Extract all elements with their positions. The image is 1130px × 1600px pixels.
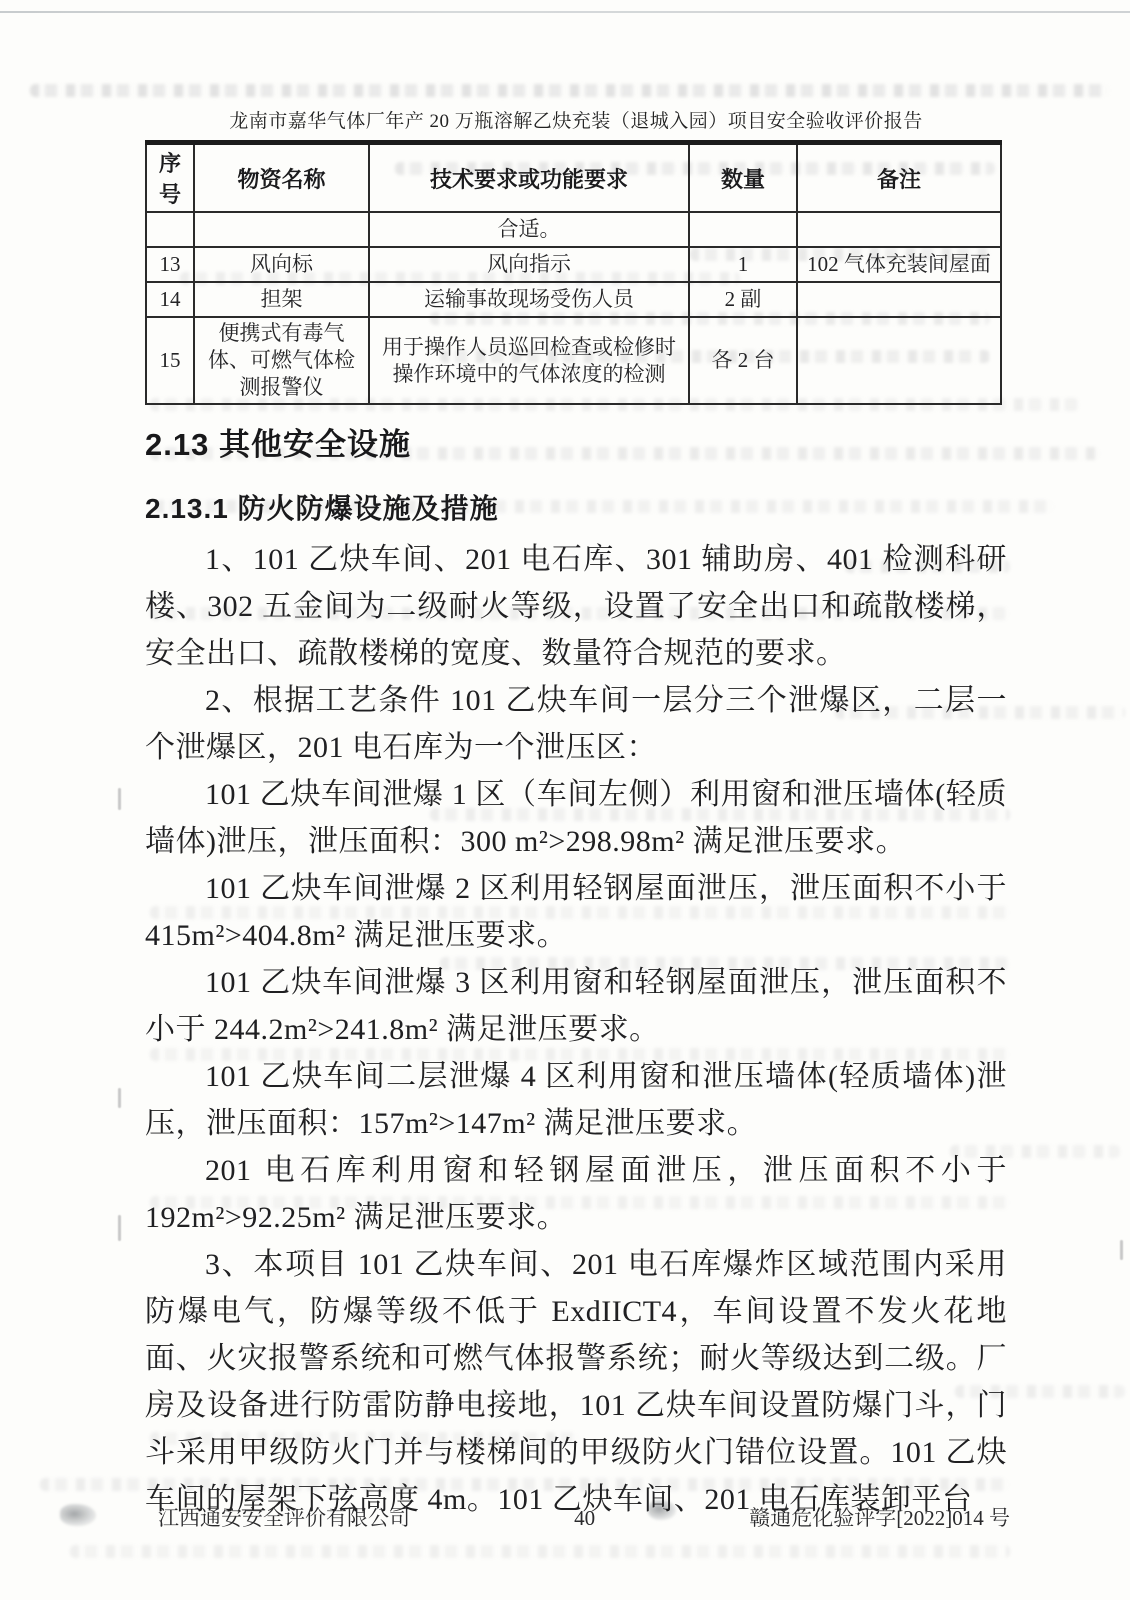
scan-artifact <box>1120 1240 1123 1260</box>
paragraph: 1、101 乙炔车间、201 电石库、301 辅助房、401 检测科研楼、302… <box>145 536 1007 677</box>
table-cell <box>194 212 369 247</box>
paragraph: 101 乙炔车间泄爆 1 区（车间左侧）利用窗和泄压墙体(轻质墙体)泄压，泄压面… <box>145 771 1007 865</box>
table-cell: 各 2 台 <box>689 317 797 404</box>
table-row: 13 风向标 风向指示 1 102 气体充装间屋面 <box>146 247 1001 282</box>
table-cell: 合适。 <box>369 212 689 247</box>
document-page: 龙南市嘉华气体厂年产 20 万瓶溶解乙炔充装（退城入园）项目安全验收评价报告 序… <box>0 0 1130 1600</box>
table-cell: 15 <box>146 317 194 404</box>
report-header-title: 龙南市嘉华气体厂年产 20 万瓶溶解乙炔充装（退城入园）项目安全验收评价报告 <box>145 106 1007 133</box>
materials-table: 序号 物资名称 技术要求或功能要求 数量 备注 合适。 13 风向标 <box>145 140 1002 405</box>
table-row: 合适。 <box>146 212 1001 247</box>
paragraph: 101 乙炔车间泄爆 2 区利用轻钢屋面泄压，泄压面积不小于 415m²>404… <box>145 865 1007 959</box>
subsection-heading: 2.13.1 防火防爆设施及措施 <box>145 487 1007 527</box>
table-cell: 102 气体充装间屋面 <box>797 247 1001 282</box>
table-cell: 13 <box>146 247 194 282</box>
page-footer: 江西通安安全评价有限公司 40 赣通危化验评字[2022]014 号 <box>158 1502 1010 1532</box>
table-cell: 1 <box>689 247 797 282</box>
scan-artifact <box>60 1504 96 1526</box>
table-header-cell: 备注 <box>797 143 1001 213</box>
table-cell: 运输事故现场受伤人员 <box>369 282 689 317</box>
table-row: 15 便携式有毒气体、可燃气体检测报警仪 用于操作人员巡回检查或检修时操作环境中… <box>146 317 1001 404</box>
scan-artifact <box>30 84 1110 97</box>
table-cell <box>689 212 797 247</box>
scan-artifact <box>118 788 121 810</box>
scan-artifact <box>118 1215 121 1241</box>
scan-artifact <box>0 11 1130 13</box>
document-body: 龙南市嘉华气体厂年产 20 万瓶溶解乙炔充装（退城入园）项目安全验收评价报告 序… <box>145 106 1007 1523</box>
table-header-cell: 数量 <box>689 143 797 213</box>
table-cell: 风向指示 <box>369 247 689 282</box>
table-cell: 风向标 <box>194 247 369 282</box>
scan-artifact <box>118 1088 121 1108</box>
paragraph: 2、根据工艺条件 101 乙炔车间一层分三个泄爆区，二层一个泄爆区，201 电石… <box>145 677 1007 771</box>
table-header-row: 序号 物资名称 技术要求或功能要求 数量 备注 <box>146 143 1001 213</box>
paragraph: 101 乙炔车间泄爆 3 区利用窗和轻钢屋面泄压，泄压面积不小于 244.2m²… <box>145 959 1007 1053</box>
table-row: 14 担架 运输事故现场受伤人员 2 副 <box>146 282 1001 317</box>
table-cell: 便携式有毒气体、可燃气体检测报警仪 <box>194 317 369 404</box>
table-cell: 用于操作人员巡回检查或检修时操作环境中的气体浓度的检测 <box>369 317 689 404</box>
table-cell: 2 副 <box>689 282 797 317</box>
footer-page-number: 40 <box>410 1506 749 1531</box>
table-cell: 14 <box>146 282 194 317</box>
scan-artifact <box>70 1545 1010 1558</box>
table-cell <box>797 282 1001 317</box>
table-header-cell: 技术要求或功能要求 <box>369 143 689 213</box>
table-header-cell: 序号 <box>146 143 194 213</box>
table-cell: 担架 <box>194 282 369 317</box>
table-cell <box>797 212 1001 247</box>
section-paragraphs: 1、101 乙炔车间、201 电石库、301 辅助房、401 检测科研楼、302… <box>145 536 1007 1523</box>
paragraph: 3、本项目 101 乙炔车间、201 电石库爆炸区域范围内采用防爆电气，防爆等级… <box>145 1241 1007 1523</box>
footer-doc-number: 赣通危化验评字[2022]014 号 <box>749 1502 1010 1532</box>
table-header-cell: 物资名称 <box>194 143 369 213</box>
table-cell <box>146 212 194 247</box>
table-cell <box>797 317 1001 404</box>
section-heading: 2.13 其他安全设施 <box>145 419 1007 464</box>
paragraph: 101 乙炔车间二层泄爆 4 区利用窗和泄压墙体(轻质墙体)泄压，泄压面积：15… <box>145 1053 1007 1147</box>
paragraph: 201 电石库利用窗和轻钢屋面泄压，泄压面积不小于 192m²>92.25m² … <box>145 1147 1007 1241</box>
footer-company: 江西通安安全评价有限公司 <box>158 1502 410 1532</box>
